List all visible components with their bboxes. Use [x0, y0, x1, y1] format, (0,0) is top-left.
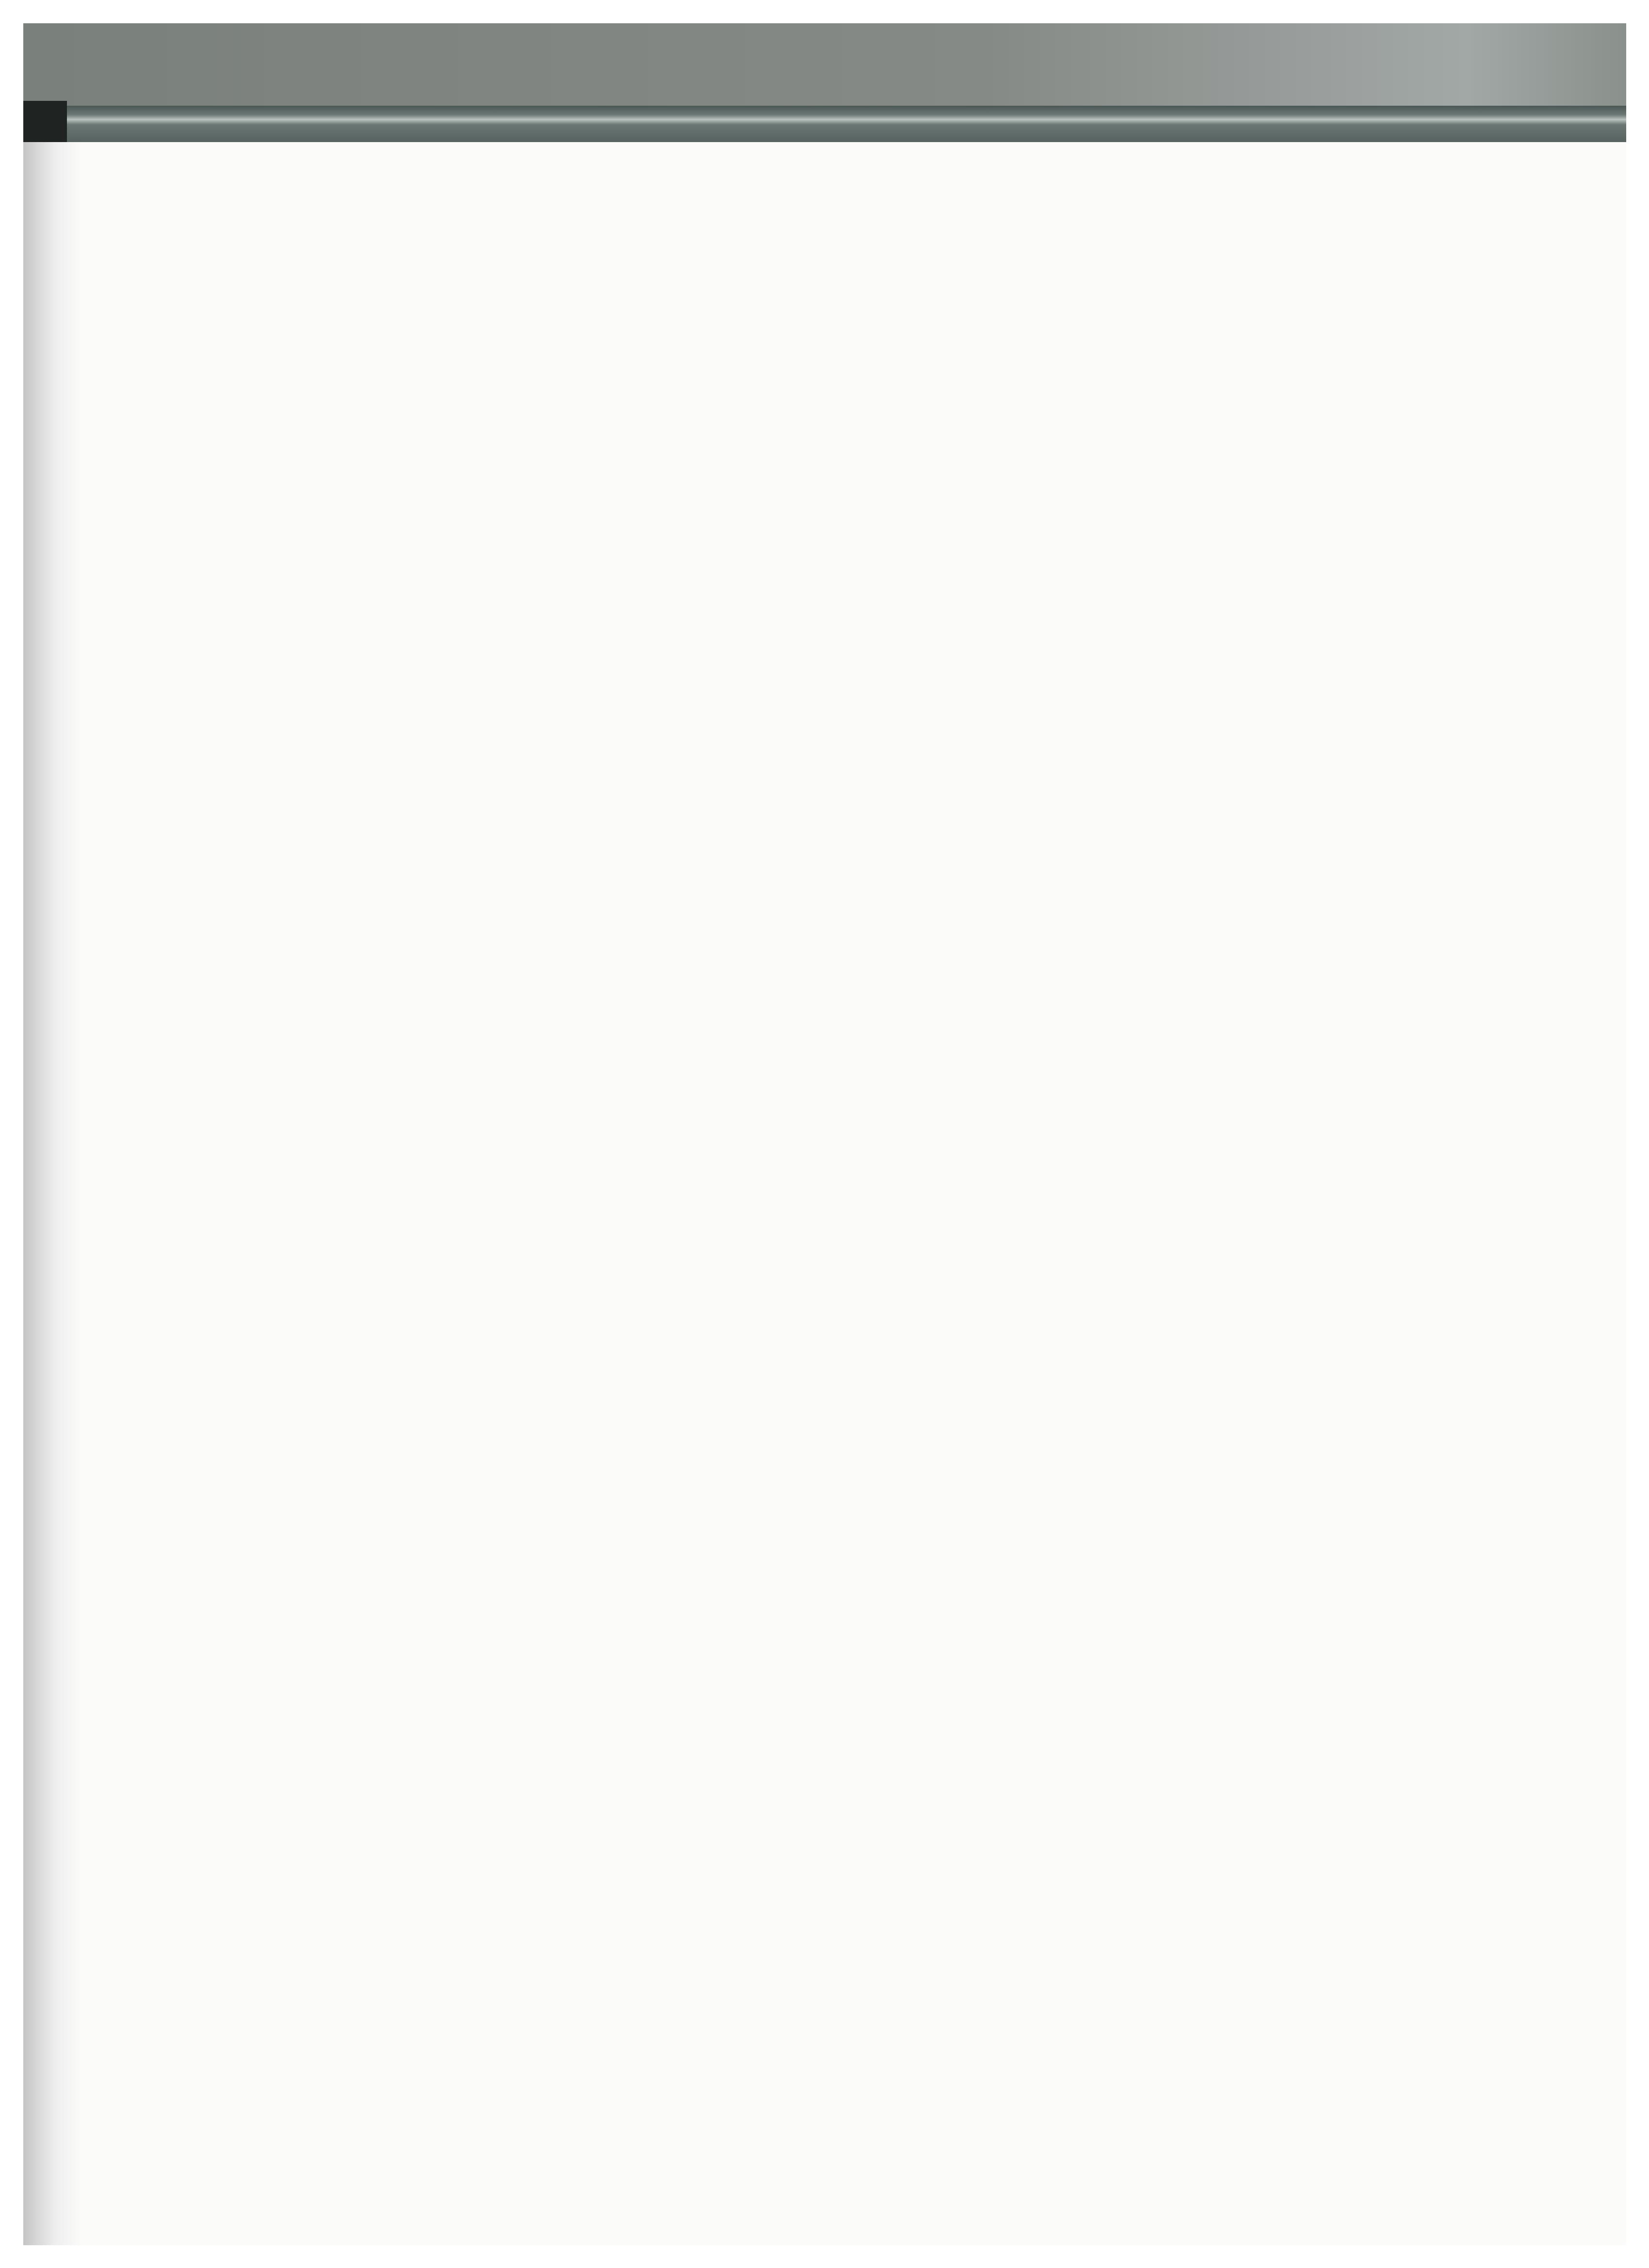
facing-page-edge: [23, 23, 1626, 142]
gutter-shadow: [23, 142, 81, 2245]
page-stack-edge: [23, 106, 1626, 142]
book-page-scan: [23, 23, 1626, 2245]
binding-shadow: [23, 101, 67, 142]
